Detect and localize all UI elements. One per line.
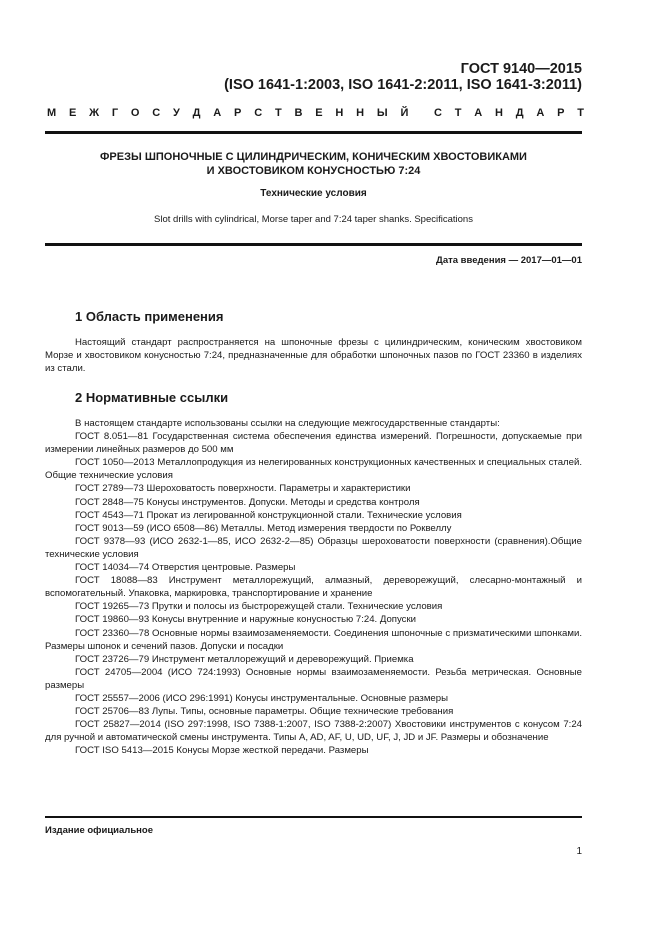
reference-item: ГОСТ 4543—71 Прокат из легированной конс… [45, 509, 582, 522]
reference-item: ГОСТ 25557—2006 (ИСО 296:1991) Конусы ин… [45, 692, 582, 705]
heading-letter: С [434, 107, 442, 123]
heading-letter: Т [275, 107, 282, 123]
title-line-2: И ХВОСТОВИКОМ КОНУСНОСТЬЮ 7:24 [45, 164, 582, 178]
heading-letter: Р [234, 107, 241, 123]
gost-number: ГОСТ 9140—2015 [461, 61, 582, 77]
reference-item: ГОСТ 25827—2014 (ISO 297:1998, ISO 7388-… [45, 718, 582, 744]
reference-item: ГОСТ 24705—2004 (ИСО 724:1993) Основные … [45, 666, 582, 692]
reference-item: ГОСТ 19265—73 Прутки и полосы из быстрор… [45, 600, 582, 613]
reference-item: ГОСТ 2789—73 Шероховатость поверхности. … [45, 482, 582, 495]
title-rule [45, 243, 582, 246]
heading-letter: А [536, 107, 544, 123]
introduction-date: Дата введения — 2017—01—01 [436, 255, 582, 266]
reference-item: ГОСТ 2848—75 Конусы инструментов. Допуск… [45, 496, 582, 509]
reference-item: ГОСТ ISO 5413—2015 Конусы Морзе жесткой … [45, 744, 582, 757]
section-2-body: В настоящем стандарте использованы ссылк… [45, 417, 582, 757]
heading-letter: С [254, 107, 262, 123]
reference-item: ГОСТ 9378—93 (ИСО 2632-1—85, ИСО 2632-2—… [45, 535, 582, 561]
page-number: 1 [576, 846, 582, 857]
heading-letter: Д [193, 107, 201, 123]
paragraph: В настоящем стандарте использованы ссылк… [45, 417, 582, 430]
section-1-heading: 1 Область применения [75, 309, 224, 324]
heading-letter: В [294, 107, 302, 123]
reference-item: ГОСТ 14034—74 Отверстия центровые. Разме… [45, 561, 582, 574]
heading-letter: Т [577, 107, 584, 123]
title-line-1: ФРЕЗЫ ШПОНОЧНЫЕ С ЦИЛИНДРИЧЕСКИМ, КОНИЧЕ… [45, 150, 582, 164]
standard-type-heading: МЕЖГОСУДАРСТВЕННЫЙ СТАНДАРТ [47, 107, 584, 123]
reference-item: ГОСТ 23360—78 Основные нормы взаимозамен… [45, 627, 582, 653]
heading-letter: А [474, 107, 482, 123]
reference-item: ГОСТ 1050—2013 Металлопродукция из нелег… [45, 456, 582, 482]
reference-item: ГОСТ 25706—83 Лупы. Типы, основные парам… [45, 705, 582, 718]
heading-letter: Т [455, 107, 462, 123]
heading-letter: Р [557, 107, 564, 123]
heading-letter: Д [516, 107, 524, 123]
english-title: Slot drills with cylindrical, Morse tape… [45, 214, 582, 225]
header-rule [45, 131, 582, 134]
reference-item: ГОСТ 8.051—81 Государственная система об… [45, 430, 582, 456]
reference-item: ГОСТ 23726—79 Инструмент металлорежущий … [45, 653, 582, 666]
heading-letter: Н [495, 107, 503, 123]
heading-letter: Е [315, 107, 322, 123]
heading-letter: Е [69, 107, 76, 123]
reference-item: ГОСТ 18088—83 Инструмент металлорежущий,… [45, 574, 582, 600]
document-page: ГОСТ 9140—2015 (ISO 1641-1:2003, ISO 164… [0, 0, 661, 935]
heading-letter: О [131, 107, 140, 123]
heading-letter: Й [400, 107, 408, 123]
footer-rule [45, 816, 582, 818]
reference-item: ГОСТ 19860—93 Конусы внутренние и наружн… [45, 613, 582, 626]
paragraph: Настоящий стандарт распространяется на ш… [45, 336, 582, 375]
heading-letter: Ы [377, 107, 388, 123]
heading-letter: Ж [89, 107, 99, 123]
section-1-body: Настоящий стандарт распространяется на ш… [45, 336, 582, 375]
heading-letter: Н [356, 107, 364, 123]
document-subtitle: Технические условия [45, 188, 582, 199]
heading-letter: М [47, 107, 56, 123]
iso-references: (ISO 1641-1:2003, ISO 1641-2:2011, ISO 1… [224, 77, 582, 93]
section-2-heading: 2 Нормативные ссылки [75, 390, 228, 405]
heading-letter: Н [335, 107, 343, 123]
document-title: ФРЕЗЫ ШПОНОЧНЫЕ С ЦИЛИНДРИЧЕСКИМ, КОНИЧЕ… [45, 150, 582, 178]
heading-letter: С [152, 107, 160, 123]
reference-item: ГОСТ 9013—59 (ИСО 6508—86) Металлы. Мето… [45, 522, 582, 535]
heading-letter: А [213, 107, 221, 123]
heading-letter: У [173, 107, 180, 123]
official-edition-label: Издание официальное [45, 825, 153, 836]
heading-letter: Г [112, 107, 118, 123]
